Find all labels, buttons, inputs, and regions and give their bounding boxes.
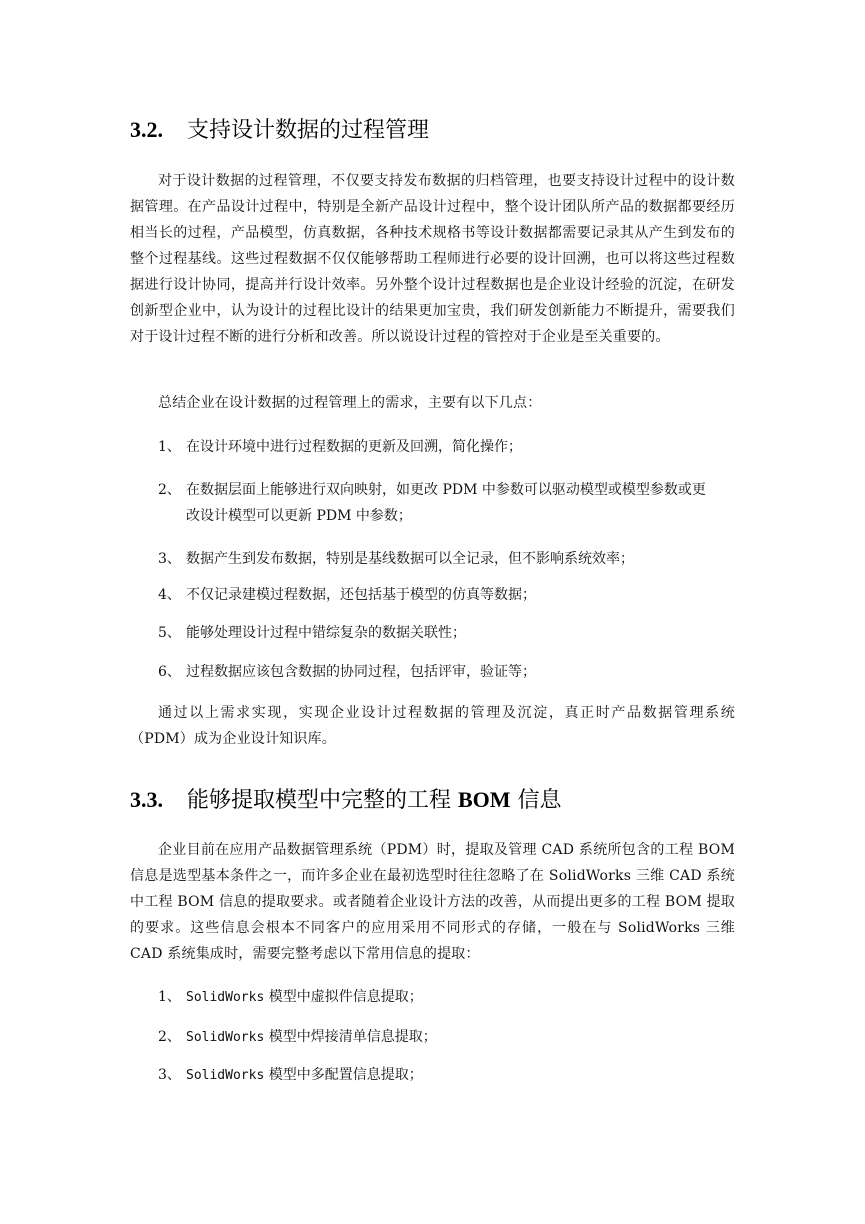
list-item: 5、能够处理设计过程中错综复杂的数据关联性； xyxy=(158,620,735,646)
list-item: 6、过程数据应该包含数据的协同过程，包括评审，验证等； xyxy=(158,659,735,685)
list-item: 2、在数据层面上能够进行双向映射，如更改 PDM 中参数可以驱动模型或模型参数或… xyxy=(158,477,735,529)
paragraph-intro-3-2: 对于设计数据的过程管理，不仅要支持发布数据的归档管理，也要支持设计过程中的设计数… xyxy=(130,168,735,350)
section-heading-3-2: 3.2.支持设计数据的过程管理 xyxy=(130,113,429,144)
list-item: 1、在设计环境中进行过程数据的更新及回溯，简化操作； xyxy=(158,434,735,460)
paragraph-summary: 总结企业在设计数据的过程管理上的需求，主要有以下几点： xyxy=(158,390,541,416)
list-item: 2、SolidWorks 模型中焊接清单信息提取； xyxy=(158,1024,735,1051)
list-item: 3、数据产生到发布数据，特别是基线数据可以全记录，但不影响系统效率； xyxy=(158,546,735,572)
paragraph-intro-3-3: 企业目前在应用产品数据管理系统（PDM）时，提取及管理 CAD 系统所包含的工程… xyxy=(130,837,735,967)
list-item: 1、SolidWorks 模型中虚拟件信息提取； xyxy=(158,984,735,1011)
list-item: 4、不仅记录建模过程数据，还包括基于模型的仿真等数据； xyxy=(158,582,735,608)
list-item: 3、SolidWorks 模型中多配置信息提取； xyxy=(158,1062,735,1089)
section-heading-3-3: 3.3.能够提取模型中完整的工程 BOM 信息 xyxy=(130,783,562,814)
section-number: 3.2. xyxy=(130,117,187,143)
paragraph-conclusion: 通过以上需求实现，实现企业设计过程数据的管理及沉淀，真正时产品数据管理系统（PD… xyxy=(130,700,735,752)
section-number: 3.3. xyxy=(130,787,187,813)
section-title: 支持设计数据的过程管理 xyxy=(187,118,429,143)
